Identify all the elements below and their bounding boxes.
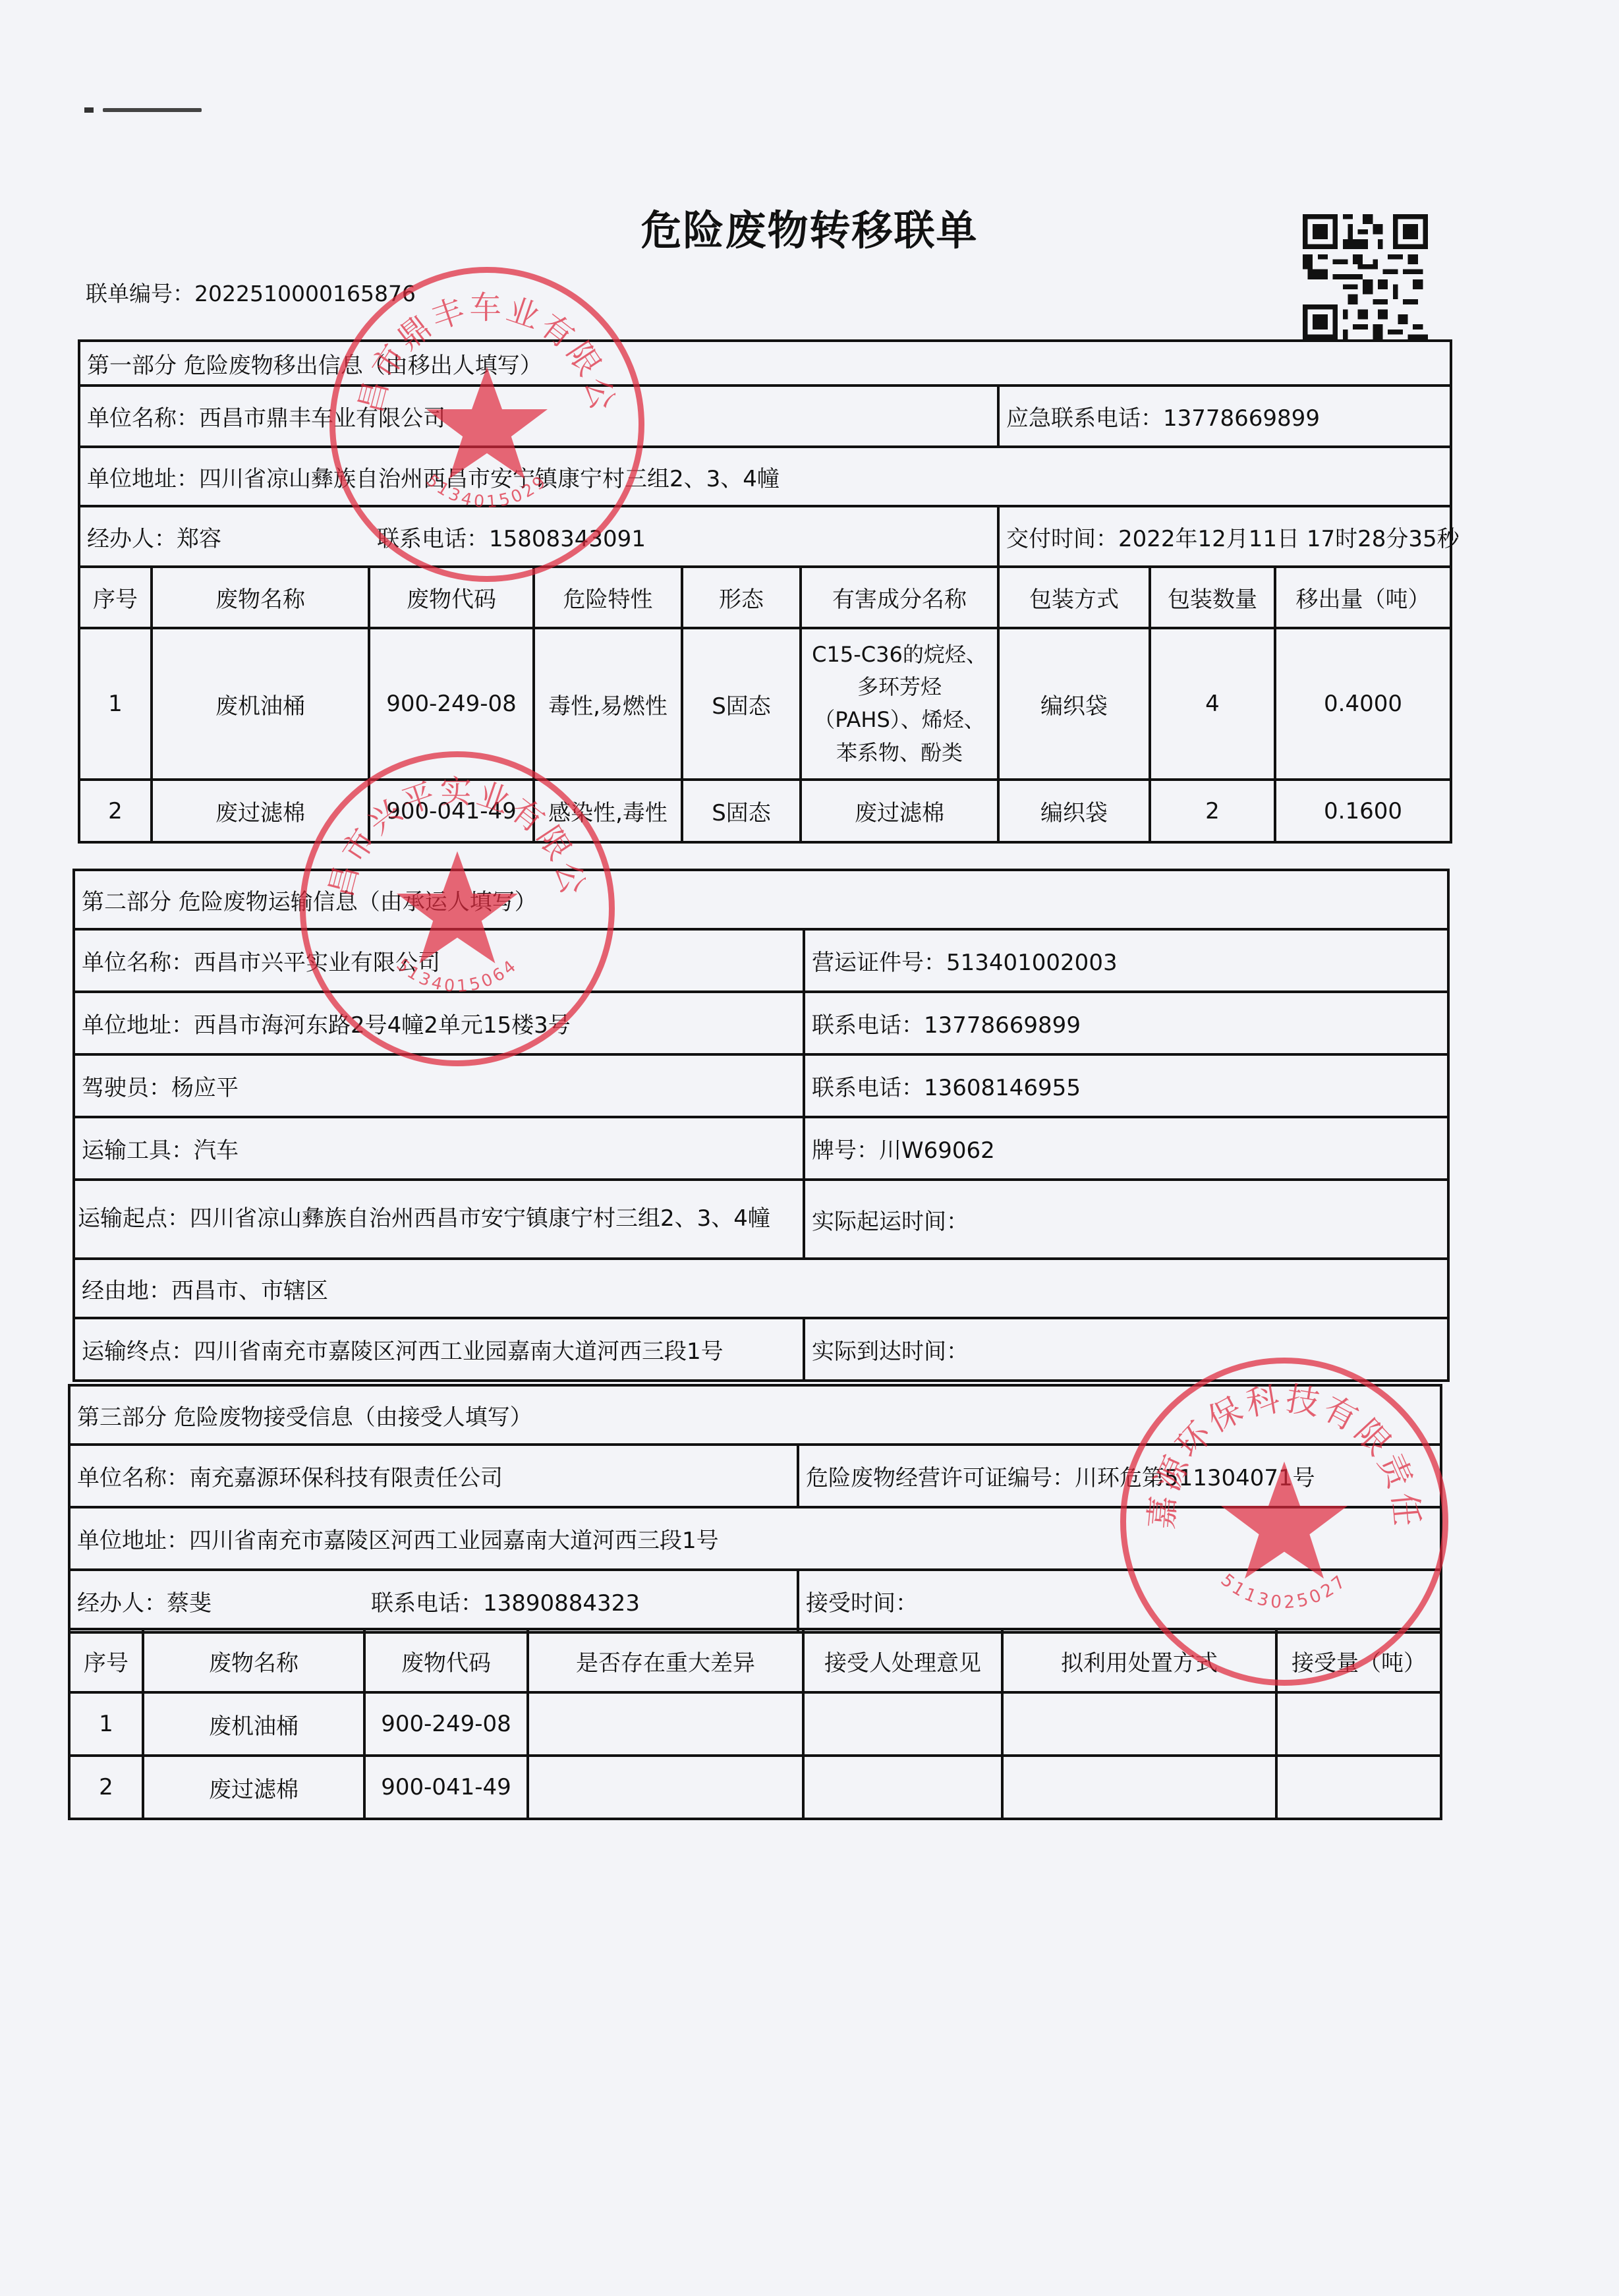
col-header: 危险特性 <box>534 567 682 628</box>
part3-header-row: 序号 废物名称 废物代码 是否存在重大差异 接受人处理意见 拟利用处置方式 接受… <box>69 1629 1441 1692</box>
cell-waste-code: 900-041-49 <box>369 780 534 842</box>
cell-package-count: 4 <box>1150 628 1275 780</box>
table-row: 1 废机油桶 900-249-08 毒性,易燃性 S固态 C15-C36的烷烃、… <box>79 628 1451 780</box>
cell-waste-name: 废过滤棉 <box>152 780 369 842</box>
cell-received-quantity <box>1276 1692 1441 1756</box>
part1-header-row: 序号 废物名称 废物代码 危险特性 形态 有害成分名称 包装方式 包装数量 移出… <box>79 567 1451 628</box>
scan-bar <box>103 108 202 112</box>
form-number-value: 2022510000165876 <box>194 281 416 306</box>
cell-form: S固态 <box>682 628 801 780</box>
col-header: 接受量（吨） <box>1276 1629 1441 1692</box>
part2-origin: 运输起点：四川省凉山彝族自治州西昌市安宁镇康宁村三组2、3、4幢 <box>74 1180 804 1259</box>
part2-license-no: 营运证件号：513401002003 <box>804 929 1448 992</box>
part2-heading: 第二部分 危险废物运输信息（由承运人填写） <box>74 870 1448 929</box>
cell-seq: 1 <box>79 628 152 780</box>
cell-harmful-components: 废过滤棉 <box>801 780 998 842</box>
part1-handler-phone: 联系电话：15808343091 <box>377 526 646 552</box>
part1-unit-name: 单位名称：西昌市鼎丰车业有限公司 <box>79 386 998 447</box>
cell-package-count: 2 <box>1150 780 1275 842</box>
cell-received-quantity <box>1276 1756 1441 1819</box>
cell-waste-code: 900-041-49 <box>364 1756 528 1819</box>
cell-receiver-opinion <box>803 1756 1002 1819</box>
part1-delivery-time: 交付时间：2022年12月11日 17时28分35秒 <box>998 506 1451 567</box>
part1-handler: 经办人：郑容 <box>87 521 377 553</box>
part3-table: 第三部分 危险废物接受信息（由接受人填写） 单位名称：南充嘉源环保科技有限责任公… <box>68 1384 1442 1634</box>
cell-seq: 2 <box>79 780 152 842</box>
cell-disposal-method <box>1002 1692 1276 1756</box>
cell-waste-code: 900-249-08 <box>369 628 534 780</box>
cell-harmful-components: C15-C36的烷烃、多环芳烃（PAHS）、烯烃、苯系物、酚类 <box>801 628 998 780</box>
cell-seq: 1 <box>69 1692 143 1756</box>
part2-contact-phone: 联系电话：13778669899 <box>804 992 1448 1054</box>
col-header: 是否存在重大差异 <box>528 1629 803 1692</box>
cell-waste-name: 废过滤棉 <box>143 1756 364 1819</box>
part3-handler-cell: 经办人：蔡斐联系电话：13890884323 <box>69 1570 798 1632</box>
part2-actual-departure: 实际起运时间： <box>804 1180 1448 1259</box>
col-header: 废物名称 <box>152 567 369 628</box>
scan-dot <box>84 107 94 113</box>
cell-waste-name: 废机油桶 <box>152 628 369 780</box>
cell-form: S固态 <box>682 780 801 842</box>
part3-unit-address: 单位地址：四川省南充市嘉陵区河西工业园嘉南大道河西三段1号 <box>69 1507 1441 1570</box>
cell-seq: 2 <box>69 1756 143 1819</box>
col-header: 废物代码 <box>369 567 534 628</box>
part1-table: 第一部分 危险废物移出信息（由移出人填写） 单位名称：西昌市鼎丰车业有限公司 应… <box>78 339 1452 844</box>
cell-disposal-method <box>1002 1756 1276 1819</box>
form-number: 联单编号：2022510000165876 <box>86 277 416 308</box>
table-row: 2 废过滤棉 900-041-49 <box>69 1756 1441 1819</box>
part1-handler-cell: 经办人：郑容联系电话：15808343091 <box>79 506 998 567</box>
part2-via: 经由地：西昌市、市辖区 <box>74 1259 1448 1318</box>
cell-quantity: 0.1600 <box>1275 780 1451 842</box>
part3-permit-no: 危险废物经营许可证编号：川环危第511304071号 <box>798 1445 1441 1507</box>
col-header: 包装数量 <box>1150 567 1275 628</box>
cell-waste-name: 废机油桶 <box>143 1692 364 1756</box>
cell-hazard: 感染性,毒性 <box>534 780 682 842</box>
col-header: 有害成分名称 <box>801 567 998 628</box>
part3-unit-name: 单位名称：南充嘉源环保科技有限责任公司 <box>69 1445 798 1507</box>
part3-handler: 经办人：蔡斐 <box>77 1585 371 1617</box>
table-row: 2 废过滤棉 900-041-49 感染性,毒性 S固态 废过滤棉 编织袋 2 … <box>79 780 1451 842</box>
cell-waste-code: 900-249-08 <box>364 1692 528 1756</box>
col-header: 包装方式 <box>998 567 1150 628</box>
cell-packaging: 编织袋 <box>998 780 1150 842</box>
col-header: 序号 <box>79 567 152 628</box>
cell-quantity: 0.4000 <box>1275 628 1451 780</box>
part2-unit-name: 单位名称：西昌市兴平实业有限公司 <box>74 929 804 992</box>
col-header: 序号 <box>69 1629 143 1692</box>
part2-unit-address: 单位地址：西昌市海河东路2号4幢2单元15楼3号 <box>74 992 804 1054</box>
scan-artifact-mark <box>84 107 203 113</box>
part1-emergency-phone: 应急联系电话：13778669899 <box>998 386 1451 447</box>
part3-handler-phone: 联系电话：13890884323 <box>371 1590 640 1617</box>
col-header: 接受人处理意见 <box>803 1629 1002 1692</box>
col-header: 废物名称 <box>143 1629 364 1692</box>
part1-unit-address: 单位地址：四川省凉山彝族自治州西昌市安宁镇康宁村三组2、3、4幢 <box>79 447 1451 506</box>
part2-actual-arrival: 实际到达时间： <box>804 1318 1448 1381</box>
part2-table: 第二部分 危险废物运输信息（由承运人填写） 单位名称：西昌市兴平实业有限公司 营… <box>72 869 1450 1382</box>
col-header: 拟利用处置方式 <box>1002 1629 1276 1692</box>
cell-major-difference <box>528 1756 803 1819</box>
cell-major-difference <box>528 1692 803 1756</box>
qr-code-icon <box>1299 214 1431 339</box>
part1-heading: 第一部分 危险废物移出信息（由移出人填写） <box>79 341 1451 386</box>
part2-vehicle: 运输工具：汽车 <box>74 1117 804 1180</box>
col-header: 废物代码 <box>364 1629 528 1692</box>
form-number-label: 联单编号： <box>86 281 194 306</box>
cell-receiver-opinion <box>803 1692 1002 1756</box>
cell-packaging: 编织袋 <box>998 628 1150 780</box>
col-header: 形态 <box>682 567 801 628</box>
part3-receive-time: 接受时间： <box>798 1570 1441 1632</box>
part2-driver-phone: 联系电话：13608146955 <box>804 1054 1448 1117</box>
table-row: 1 废机油桶 900-249-08 <box>69 1692 1441 1756</box>
cell-hazard: 毒性,易燃性 <box>534 628 682 780</box>
part3-waste-table: 序号 废物名称 废物代码 是否存在重大差异 接受人处理意见 拟利用处置方式 接受… <box>68 1628 1442 1820</box>
col-header: 移出量（吨） <box>1275 567 1451 628</box>
part2-plate: 牌号：川W69062 <box>804 1117 1448 1180</box>
part3-heading: 第三部分 危险废物接受信息（由接受人填写） <box>69 1385 1441 1445</box>
part2-destination: 运输终点：四川省南充市嘉陵区河西工业园嘉南大道河西三段1号 <box>74 1318 804 1381</box>
part2-driver: 驾驶员：杨应平 <box>74 1054 804 1117</box>
